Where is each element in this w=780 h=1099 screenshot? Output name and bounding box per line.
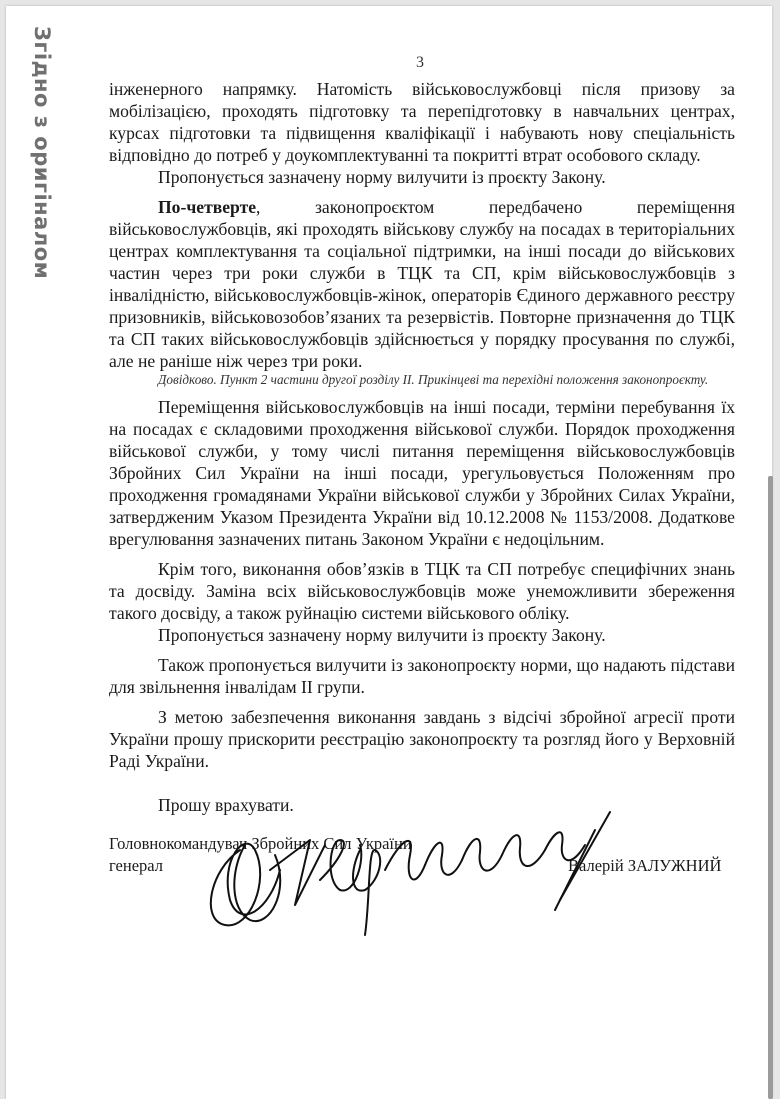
- paragraph-continuation: інженерного напрямку. Натомість військов…: [109, 78, 735, 166]
- certification-stamp: Згідно з оригіналом: [28, 26, 54, 296]
- paragraph-disability: Також пропонується вилучити із законопро…: [109, 654, 735, 698]
- vertical-scrollbar[interactable]: [768, 476, 773, 1099]
- paragraph-request: З метою забезпечення виконання завдань з…: [109, 706, 735, 772]
- handwritten-signature-icon: [200, 810, 620, 940]
- paragraph-proposal-1: Пропонується зазначену норму вилучити із…: [109, 166, 735, 188]
- paragraph-transfer-regulation: Переміщення військовослужбовців на інші …: [109, 396, 735, 550]
- reference-note: Довідково. Пункт 2 частини другої розділ…: [109, 372, 735, 388]
- paragraph-fourth-heading: По-четверте: [158, 197, 256, 217]
- paragraph-expertise: Крім того, виконання обов’язків в ТЦК та…: [109, 558, 735, 624]
- document-body: інженерного напрямку. Натомість військов…: [109, 78, 735, 816]
- paragraph-proposal-2: Пропонується зазначену норму вилучити із…: [109, 624, 735, 646]
- page-number: 3: [416, 54, 424, 72]
- paragraph-fourth-text: , законопроєктом передбачено переміщення…: [109, 197, 735, 371]
- paragraph-fourth: По-четверте, законопроєктом передбачено …: [109, 196, 735, 372]
